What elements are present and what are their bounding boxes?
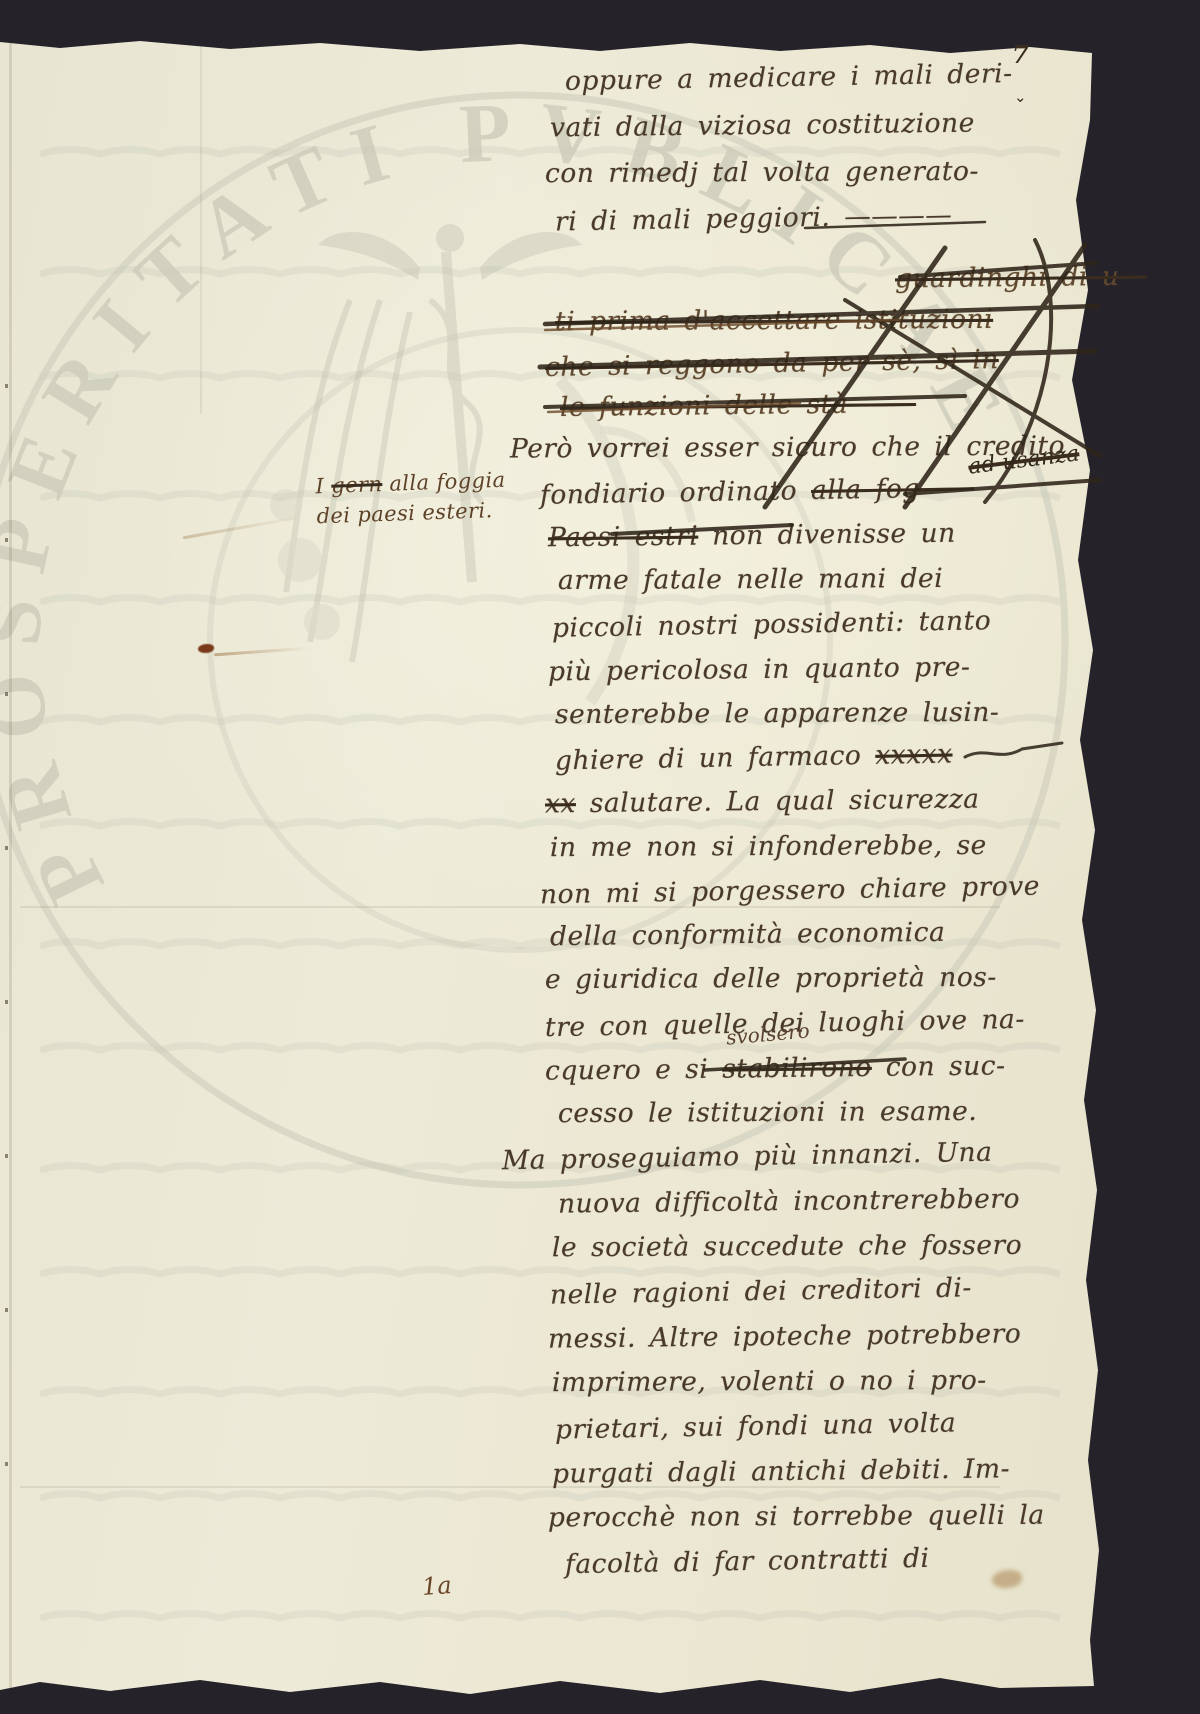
scanned-manuscript-page: PROSPERITATI PVBLICAE [0,0,1200,1714]
strike-line [705,1059,905,1070]
trailing-rule [805,222,985,228]
cross-out-diagonal [845,300,1100,456]
cross-out-diagonal [905,245,1085,507]
ink-strokes-overlay [0,0,1200,1714]
scribble [965,743,1062,757]
cross-out-curve [985,240,1051,502]
strike-line [612,525,792,534]
cross-out-diagonal [765,248,945,507]
